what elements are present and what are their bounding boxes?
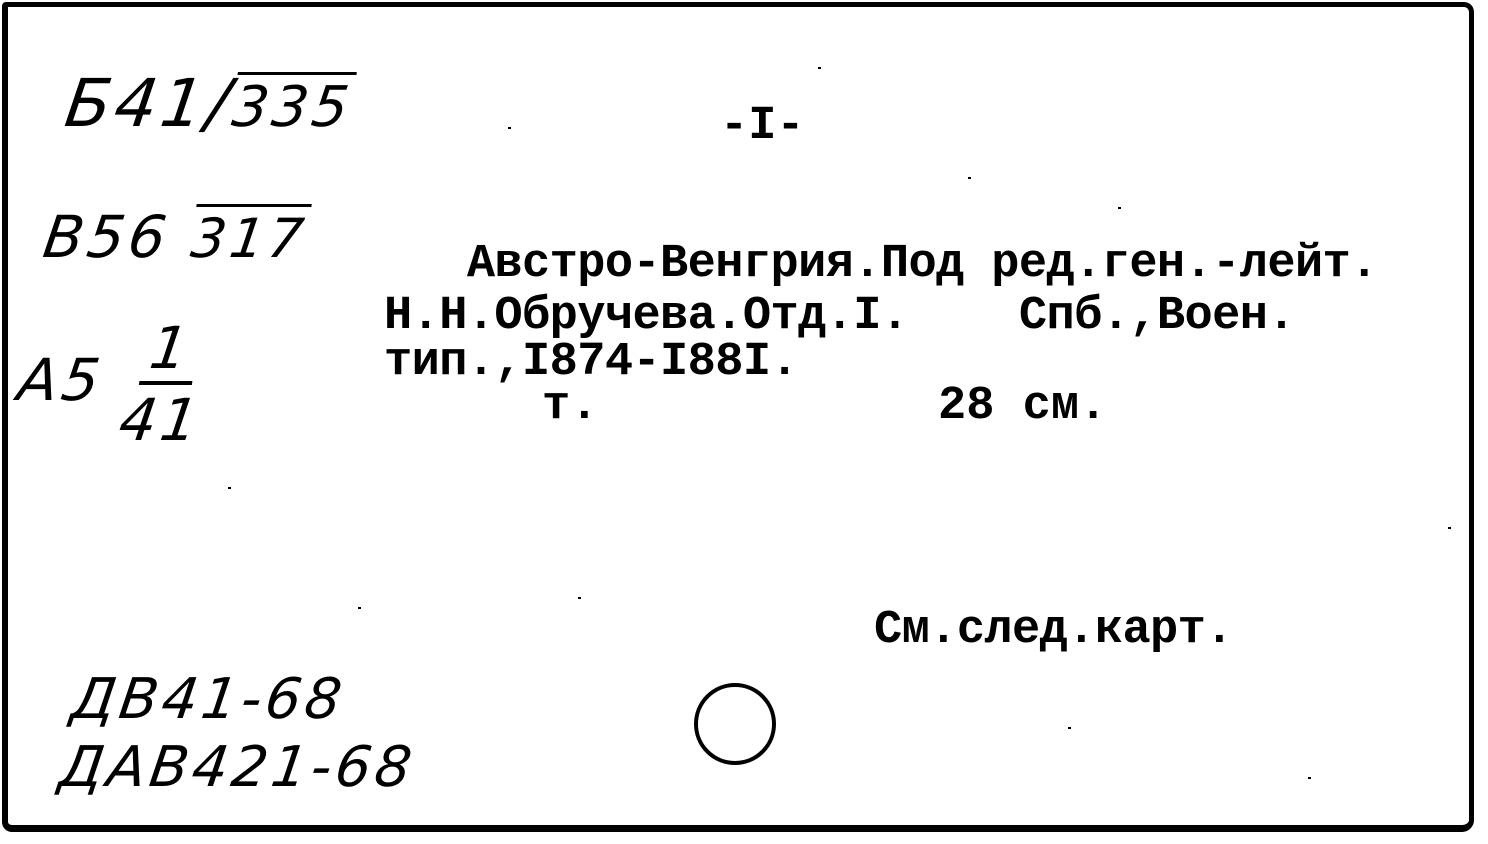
- shelf-mark-1-prefix: Б41: [61, 65, 213, 142]
- shelf-mark-3-denominator: 41: [116, 385, 207, 449]
- entry-size: 28 см.: [938, 381, 1107, 433]
- catalog-card: Б41/335 В56 317 А5 1 41 -I- Австро-Венгр…: [2, 2, 1474, 832]
- scan-speck: [1308, 777, 1311, 779]
- continuation-note: См.след.карт.: [874, 605, 1233, 657]
- shelf-mark-3-numerator: 1: [139, 319, 201, 385]
- shelf-mark-1-number: 335: [228, 75, 356, 140]
- scan-speck: [578, 597, 581, 599]
- shelf-mark-2-prefix: В56: [39, 203, 174, 271]
- scan-speck: [968, 177, 971, 179]
- shelf-mark-1: Б41/335: [61, 65, 358, 142]
- scan-speck: [508, 127, 511, 129]
- shelf-mark-2-number: 317: [187, 207, 311, 270]
- entry-line-1: Австро-Венгрия.Под ред.ген.-лейт.: [384, 239, 1378, 291]
- inventory-mark-1: ДВ41-68: [67, 667, 349, 732]
- shelf-mark-3-fraction: 1 41: [116, 319, 216, 449]
- entry-volumes: т.: [542, 381, 598, 433]
- scan-speck: [1118, 207, 1121, 209]
- shelf-mark-3-prefix: А5: [14, 346, 108, 414]
- inventory-mark-2: ДАВ421-68: [55, 735, 419, 800]
- shelf-mark-3: А5 1 41: [9, 319, 216, 449]
- scan-speck: [228, 487, 231, 489]
- punch-hole-circle: [694, 683, 776, 765]
- scan-speck: [1068, 727, 1071, 729]
- page-marker: -I-: [720, 101, 805, 153]
- scan-speck: [1448, 527, 1451, 529]
- scan-speck: [358, 607, 361, 609]
- scan-speck: [818, 67, 821, 69]
- shelf-mark-2: В56 317: [39, 203, 312, 271]
